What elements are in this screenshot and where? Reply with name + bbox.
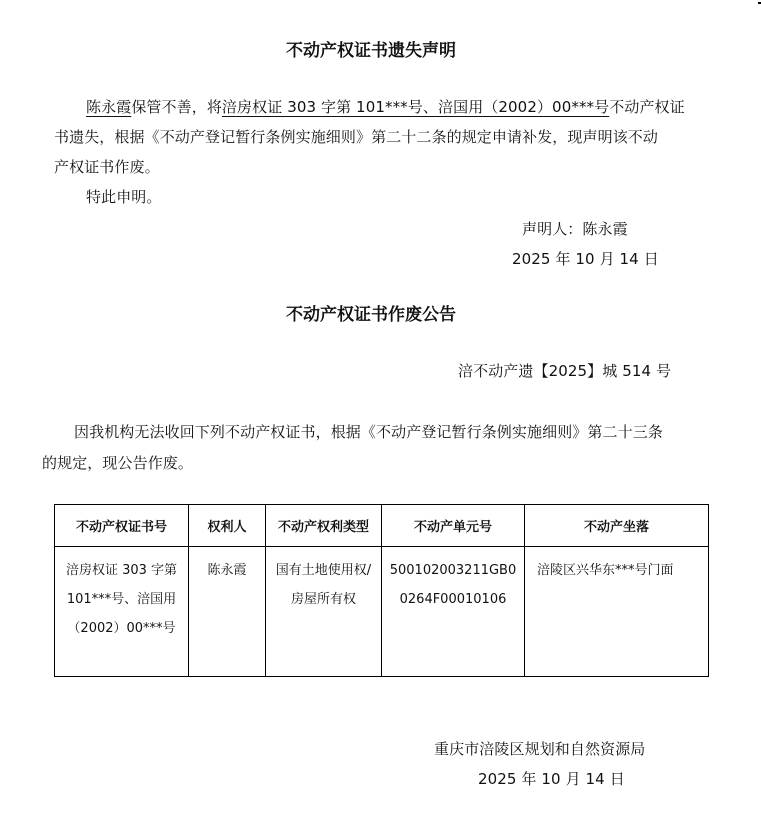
header-location: 不动产坐落 [525, 505, 709, 547]
table-row: 涪房权证 303 字第 101***号、涪国用（2002）00***号 陈永霞 … [55, 547, 709, 677]
announcement-body-line-2: 的规定，现公告作废。 [42, 452, 193, 473]
header-cert-number: 不动产权证书号 [55, 505, 189, 547]
cell-cert-number: 涪房权证 303 字第 101***号、涪国用（2002）00***号 [55, 547, 189, 677]
announcement-title: 不动产权证书作废公告 [286, 300, 456, 325]
cell-right-type: 国有土地使用权/房屋所有权 [266, 547, 382, 677]
declaration-line1-mid: 保管不善，将 [131, 98, 222, 116]
cell-right-holder: 陈永霞 [189, 547, 266, 677]
cell-location: 涪陵区兴华东***号门面 [525, 547, 709, 677]
holder-name: 陈永霞 [86, 98, 131, 116]
declaration-title: 不动产权证书遗失声明 [286, 36, 456, 61]
certificate-table: 不动产权证书号 权利人 不动产权利类型 不动产单元号 不动产坐落 涪房权证 30… [54, 504, 709, 677]
declaration-line1-end: 不动产权证 [609, 98, 685, 116]
declaration-line-1: 陈永霞保管不善，将涪房权证 303 字第 101***号、涪国用（2002）00… [86, 96, 685, 117]
header-right-holder: 权利人 [189, 505, 266, 547]
announcement-body-line-1: 因我机构无法收回下列不动产权证书，根据《不动产登记暂行条例实施细则》第二十三条 [74, 421, 663, 442]
announcement-doc-number: 涪不动产遗【2025】城 514 号 [458, 360, 671, 381]
declaration-line-3: 产权证书作废。 [54, 156, 160, 177]
declarant: 声明人：陈永霞 [522, 218, 628, 239]
table-header-row: 不动产权证书号 权利人 不动产权利类型 不动产单元号 不动产坐落 [55, 505, 709, 547]
header-right-type: 不动产权利类型 [266, 505, 382, 547]
issuer: 重庆市涪陵区规划和自然资源局 [434, 738, 645, 759]
declaration-closing: 特此申明。 [86, 186, 162, 207]
announcement-date: 2025 年 10 月 14 日 [478, 768, 625, 789]
cert-numbers: 涪房权证 303 字第 101***号、涪国用（2002）00***号 [222, 98, 609, 116]
cell-unit-number: 500102003211GB00264F00010106 [382, 547, 525, 677]
declaration-date: 2025 年 10 月 14 日 [512, 248, 659, 269]
declaration-line-2: 书遗失，根据《不动产登记暂行条例实施细则》第二十二条的规定申请补发，现声明该不动 [54, 126, 658, 147]
header-unit-number: 不动产单元号 [382, 505, 525, 547]
